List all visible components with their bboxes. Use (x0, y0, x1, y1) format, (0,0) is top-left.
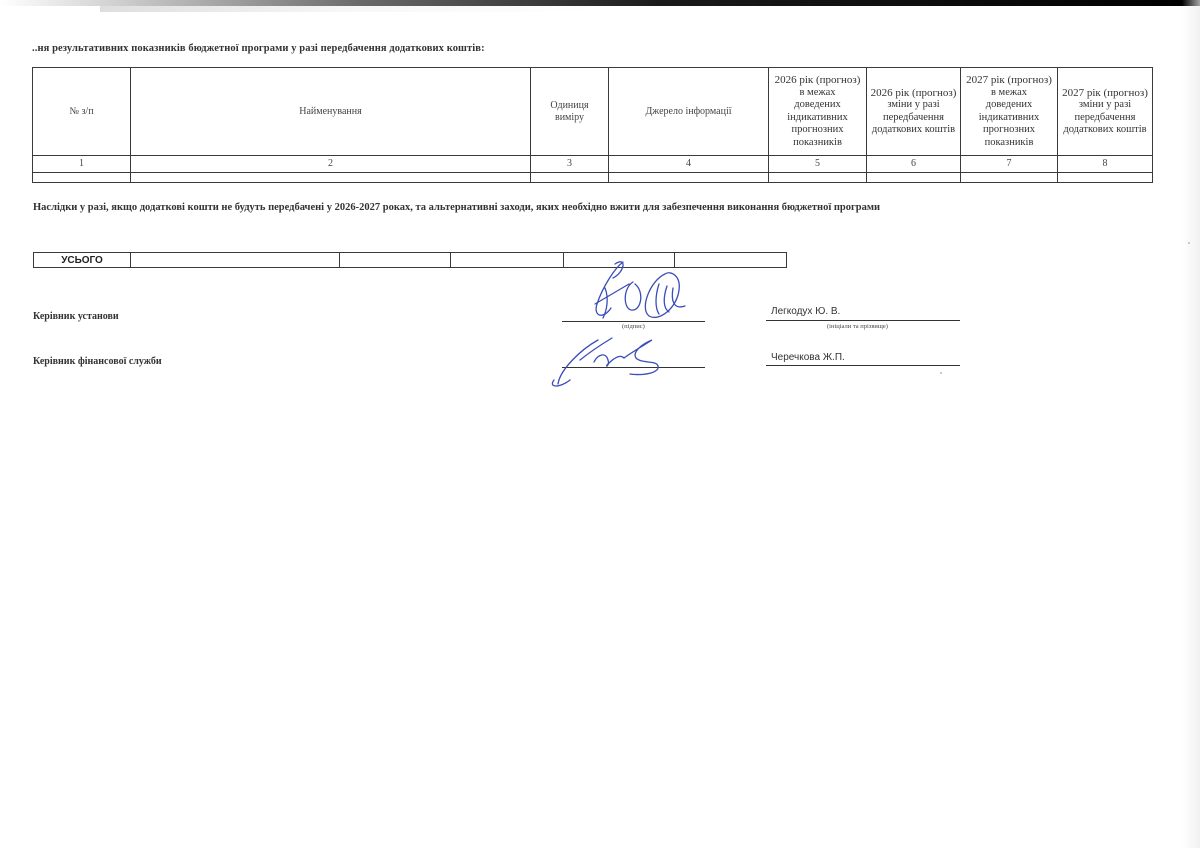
column-number: 7 (961, 156, 1058, 173)
column-number: 4 (609, 156, 769, 173)
column-number: 5 (769, 156, 867, 173)
header-desc: зміни у разі передбачення додаткових кош… (1058, 99, 1152, 137)
scan-speck (1188, 242, 1190, 244)
column-number: 3 (531, 156, 609, 173)
scan-edge-right (1182, 0, 1200, 848)
header-desc: зміни у разі передбачення додаткових кош… (867, 99, 960, 137)
table-cell (1058, 173, 1153, 183)
header-unit: Одиниця виміру (531, 68, 609, 156)
head-signature-icon (575, 258, 715, 328)
total-cell (131, 253, 340, 268)
column-number: 2 (131, 156, 531, 173)
table-cell (131, 173, 531, 183)
head-role-label: Керівник установи (33, 311, 119, 322)
table-cell (867, 173, 961, 183)
header-unit-text: Одиниця виміру (531, 100, 608, 124)
head-name-line (766, 320, 960, 321)
finance-name-line (766, 365, 960, 366)
table-header-row: № з/п Найменування Одиниця виміру Джерел… (33, 68, 1153, 156)
header-year: 2027 рік (прогноз) (1058, 87, 1152, 100)
header-desc: в межах доведених індикативних прогнозни… (961, 87, 1057, 150)
total-cell (451, 253, 564, 268)
consequences-title: Наслідки у разі, якщо додаткові кошти не… (33, 202, 880, 213)
finance-name: Черечкова Ж.П. (771, 352, 845, 363)
header-2027-additional: 2027 рік (прогноз) зміни у разі передбач… (1058, 68, 1153, 156)
column-number-row: 1 2 3 4 5 6 7 8 (33, 156, 1153, 173)
header-desc: в межах доведених індикативних прогнозни… (769, 87, 866, 150)
section-title: ..ня результативних показників бюджетної… (32, 43, 485, 54)
header-2027-indicative: 2027 рік (прогноз) в межах доведених інд… (961, 68, 1058, 156)
scan-speck (940, 372, 942, 374)
table-cell (769, 173, 867, 183)
scan-shadow (100, 6, 600, 12)
total-label: УСЬОГО (34, 253, 131, 268)
header-year: 2026 рік (прогноз) (867, 87, 960, 100)
total-cell (340, 253, 451, 268)
header-name: Найменування (131, 68, 531, 156)
table-cell (961, 173, 1058, 183)
header-source: Джерело інформації (609, 68, 769, 156)
finance-signature-icon (550, 330, 680, 390)
header-number: № з/п (33, 68, 131, 156)
table-cell (531, 173, 609, 183)
table-cell (33, 173, 131, 183)
column-number: 1 (33, 156, 131, 173)
column-number: 8 (1058, 156, 1153, 173)
table-cell (609, 173, 769, 183)
name-caption: (ініціали та прізвище) (827, 323, 888, 330)
header-2026-indicative: 2026 рік (прогноз) в межах доведених інд… (769, 68, 867, 156)
header-year: 2027 рік (прогноз) (961, 74, 1057, 87)
table-row (33, 173, 1153, 183)
header-2026-additional: 2026 рік (прогноз) зміни у разі передбач… (867, 68, 961, 156)
finance-role-label: Керівник фінансової служби (33, 356, 162, 367)
column-number: 6 (867, 156, 961, 173)
indicators-table: № з/п Найменування Одиниця виміру Джерел… (32, 67, 1153, 183)
header-year: 2026 рік (прогноз) (769, 74, 866, 87)
head-name: Легкодух Ю. В. (771, 306, 840, 317)
